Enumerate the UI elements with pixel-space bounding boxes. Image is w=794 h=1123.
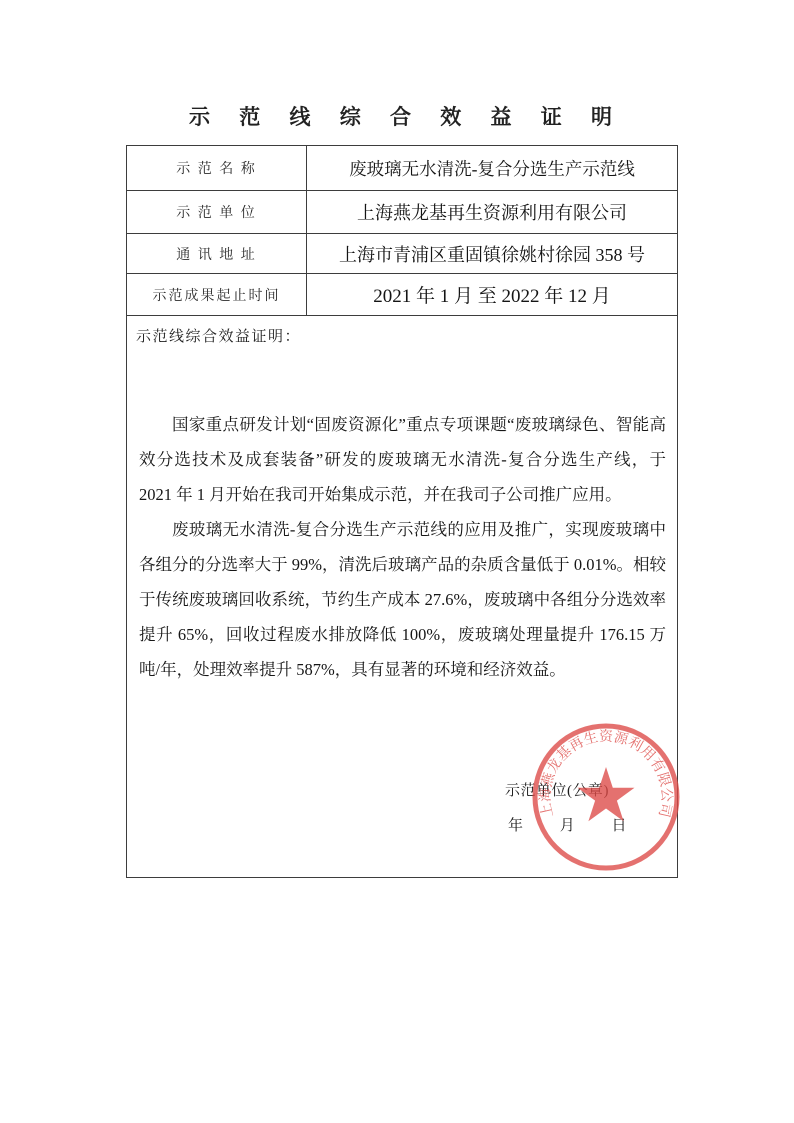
benefit-statement-body: 国家重点研发计划“固废资源化”重点专项课题“废玻璃绿色、智能高效分选技术及成套装… (127, 407, 677, 687)
svg-text:上海燕龙基再生资源利用有限公司: 上海燕龙基再生资源利用有限公司 (538, 728, 674, 818)
row-label-address: 通 讯 地 址 (127, 234, 307, 274)
benefit-paragraph: 国家重点研发计划“固废资源化”重点专项课题“废玻璃绿色、智能高效分选技术及成套装… (139, 407, 666, 512)
row-value-period: 2021 年 1 月 至 2022 年 12 月 (307, 274, 678, 316)
table-row: 示范成果起止时间 2021 年 1 月 至 2022 年 12 月 (127, 274, 678, 316)
table-row: 示范线综合效益证明： 国家重点研发计划“固废资源化”重点专项课题“废玻璃绿色、智… (127, 316, 678, 878)
document-page: 示 范 线 综 合 效 益 证 明 示 范 名 称 废玻璃无水清洗-复合分选生产… (0, 0, 794, 1123)
row-value-address: 上海市青浦区重固镇徐姚村徐园 358 号 (307, 234, 678, 274)
benefit-section-label: 示范线综合效益证明： (127, 316, 677, 346)
seal-company-text: 上海燕龙基再生资源利用有限公司 (538, 728, 674, 818)
certificate-table: 示 范 名 称 废玻璃无水清洗-复合分选生产示范线 示 范 单 位 上海燕龙基再… (126, 145, 678, 878)
document-title: 示 范 线 综 合 效 益 证 明 (126, 101, 675, 131)
benefit-statement-cell: 示范线综合效益证明： 国家重点研发计划“固废资源化”重点专项课题“废玻璃绿色、智… (127, 316, 678, 878)
row-value-demo-unit: 上海燕龙基再生资源利用有限公司 (307, 191, 678, 234)
table-row: 通 讯 地 址 上海市青浦区重固镇徐姚村徐园 358 号 (127, 234, 678, 274)
row-label-demo-name: 示 范 名 称 (127, 146, 307, 191)
table-row: 示 范 名 称 废玻璃无水清洗-复合分选生产示范线 (127, 146, 678, 191)
table-row: 示 范 单 位 上海燕龙基再生资源利用有限公司 (127, 191, 678, 234)
row-label-demo-unit: 示 范 单 位 (127, 191, 307, 234)
signature-unit-label: 示范单位(公章) (505, 779, 609, 800)
benefit-paragraph: 废玻璃无水清洗-复合分选生产示范线的应用及推广，实现废玻璃中各组分的分选率大于 … (139, 512, 666, 687)
signature-date-line: 年 月 日 (508, 814, 627, 835)
date-year-label: 年 (508, 814, 523, 835)
date-day-label: 日 (612, 814, 627, 835)
date-month-label: 月 (560, 814, 575, 835)
row-value-demo-name: 废玻璃无水清洗-复合分选生产示范线 (307, 146, 678, 191)
row-label-period: 示范成果起止时间 (127, 274, 307, 316)
